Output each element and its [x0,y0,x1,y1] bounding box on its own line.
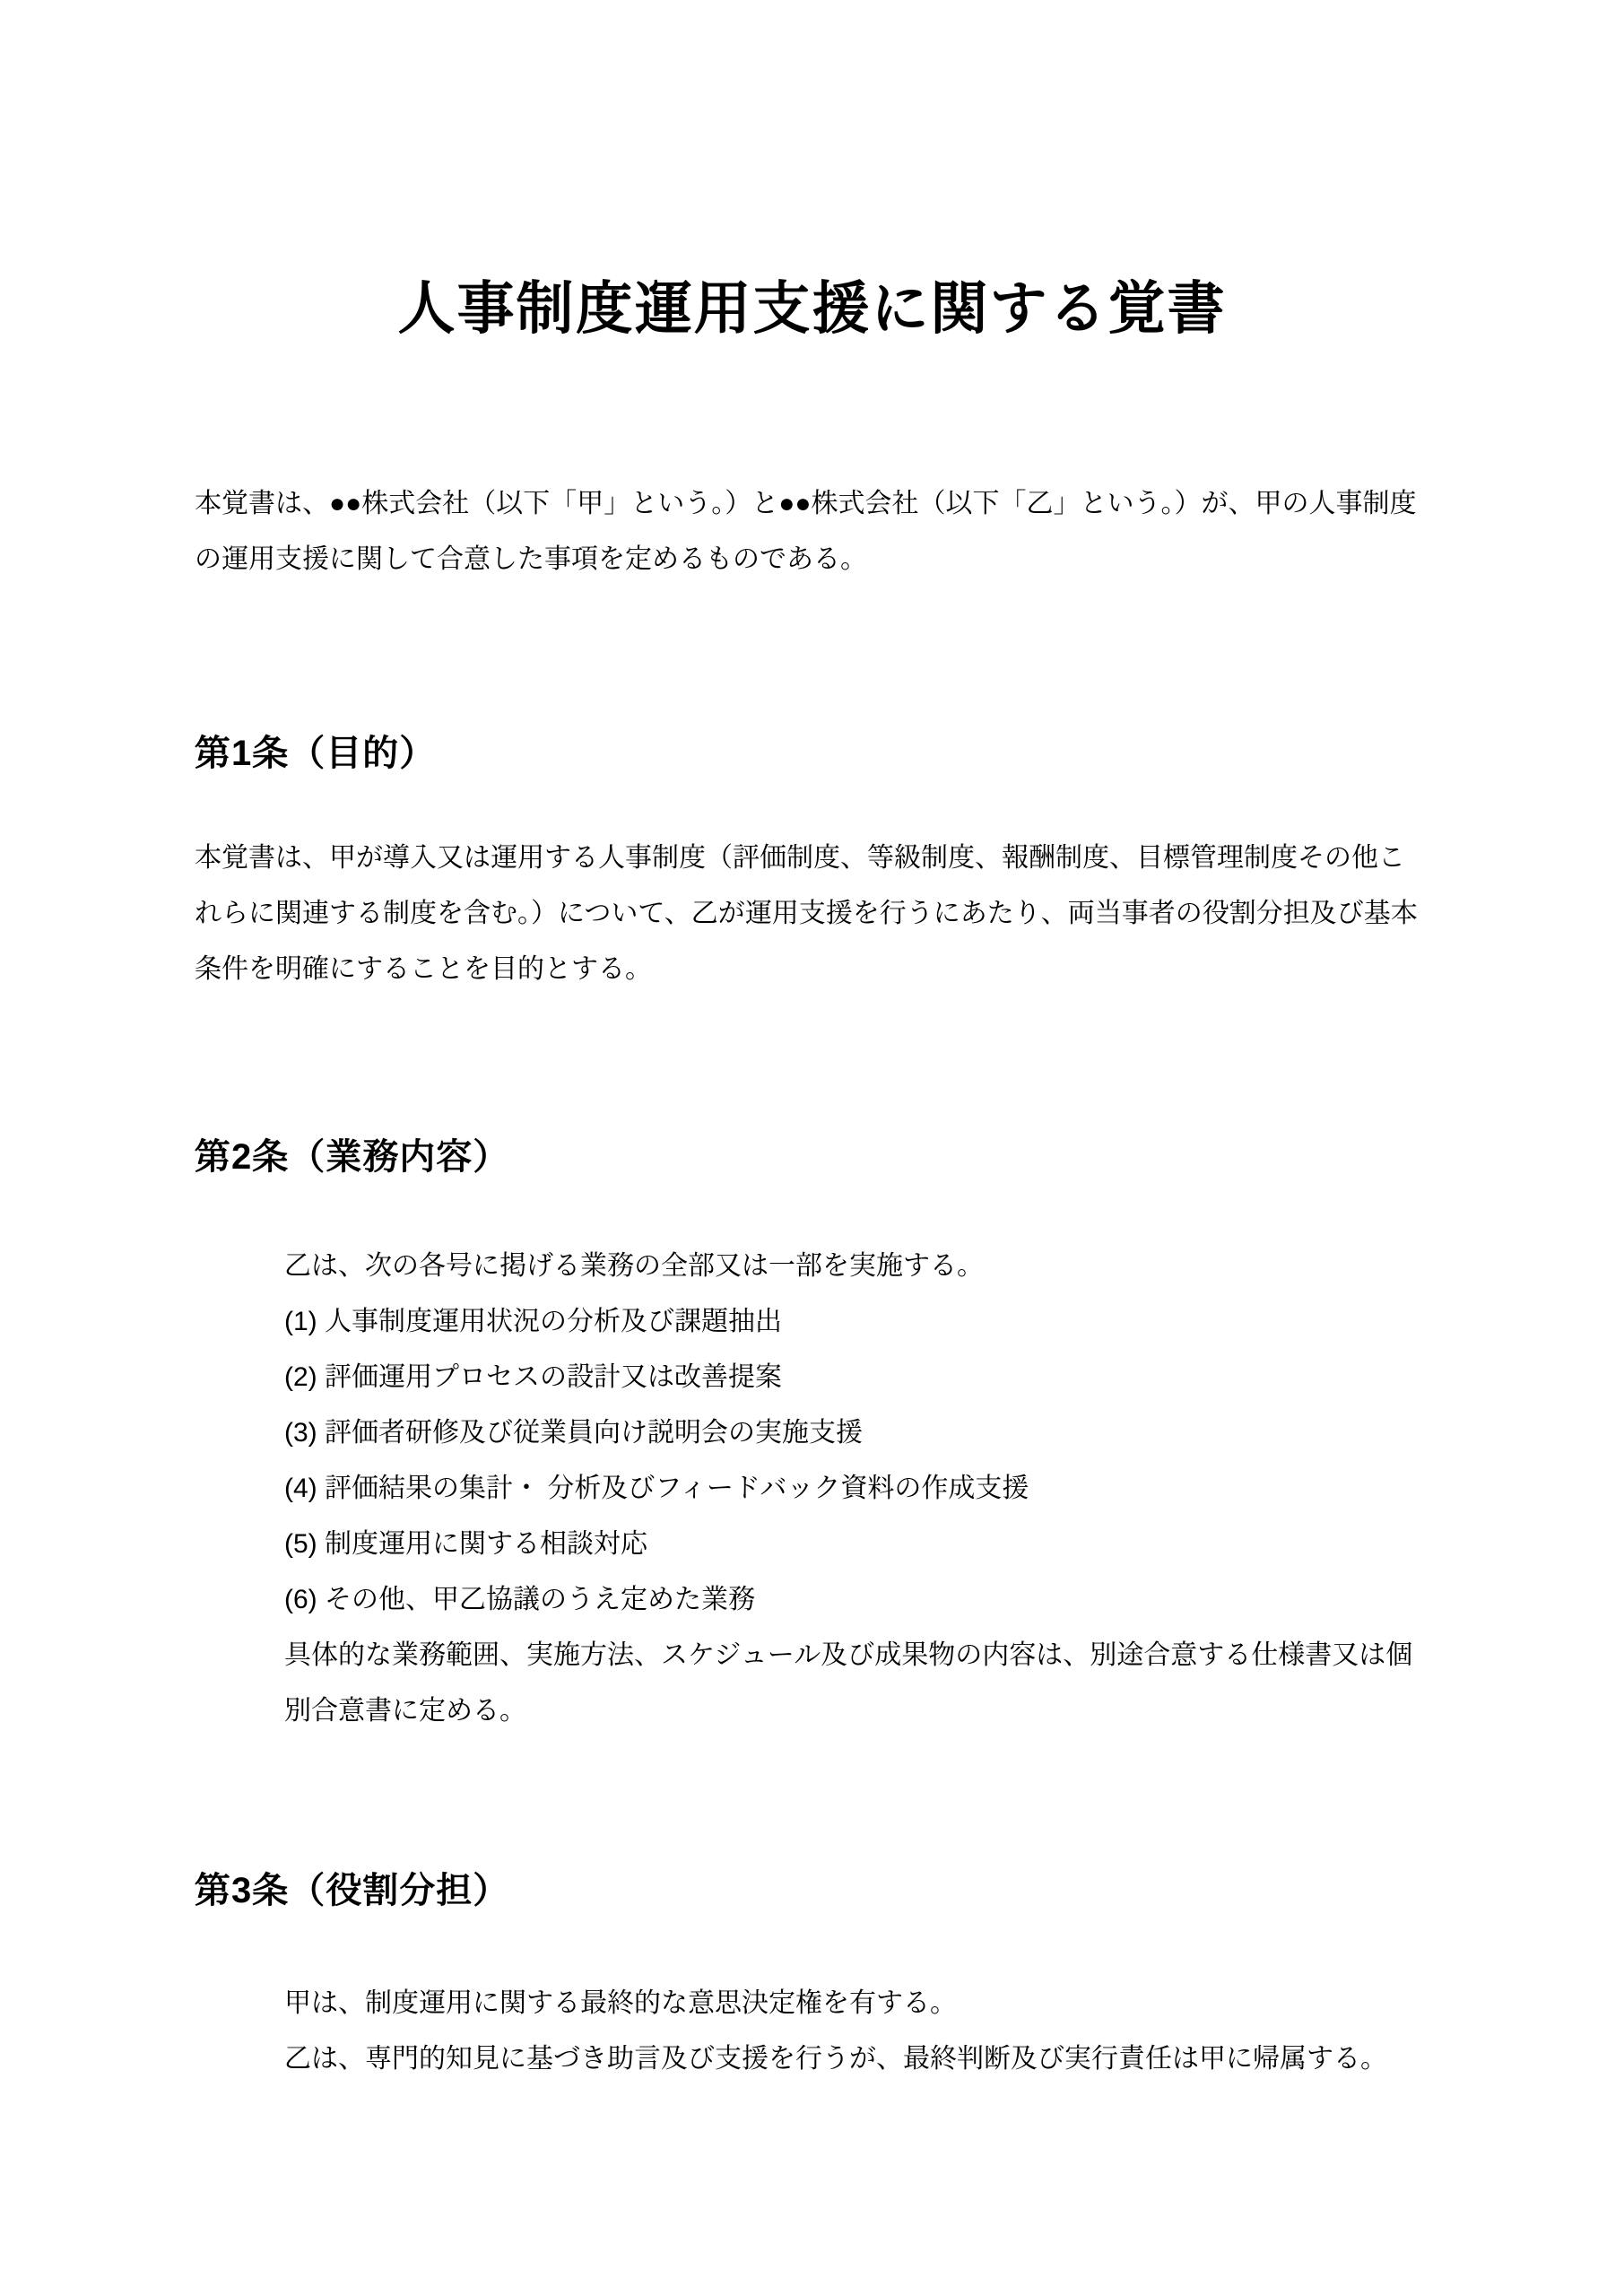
article-1-body: 本覚書は、甲が導入又は運用する人事制度（評価制度、等級制度、報酬制度、目標管理制… [195,831,1429,997]
article-2-item-5: (5) 制度運用に関する相談対応 [284,1517,1429,1572]
article-2-item-1: (1) 人事制度運用状況の分析及び課題抽出 [284,1294,1429,1350]
article-3-line-2: 乙は、専門的知見に基づき助言及び支援を行うが、最終判断及び実行責任は甲に帰属する… [284,2031,1429,2087]
article-2-item-4: (4) 評価結果の集計・ 分析及びフィードバック資料の作成支援 [284,1461,1429,1517]
article-2-item-3: (3) 評価者研修及び従業員向け説明会の実施支援 [284,1405,1429,1461]
article-2-heading: 第2条（業務内容） [195,1135,1429,1178]
document-title: 人事制度運用支援に関する覚書 [195,274,1429,344]
article-3-body: 甲は、制度運用に関する最終的な意思決定権を有する。 乙は、専門的知見に基づき助言… [195,1976,1429,2087]
article-2-body: 乙は、次の各号に掲げる業務の全部又は一部を実施する。 (1) 人事制度運用状況の… [195,1239,1429,1739]
intro-paragraph: 本覚書は、●●株式会社（以下「甲」という。）と●●株式会社（以下「乙」という。）… [195,476,1429,587]
article-3-heading: 第3条（役割分担） [195,1869,1429,1912]
article-2-intro-line: 乙は、次の各号に掲げる業務の全部又は一部を実施する。 [284,1239,1429,1294]
article-2-item-2: (2) 評価運用プロセスの設計又は改善提案 [284,1350,1429,1405]
article-1-heading: 第1条（目的） [195,732,1429,775]
article-2-item-6: (6) その他、甲乙協議のうえ定めた業務 [284,1572,1429,1628]
article-2-closing-line: 具体的な業務範囲、実施方法、スケジュール及び成果物の内容は、別途合意する仕様書又… [284,1628,1429,1739]
document-page: 人事制度運用支援に関する覚書 本覚書は、●●株式会社（以下「甲」という。）と●●… [0,0,1624,2296]
article-3-line-1: 甲は、制度運用に関する最終的な意思決定権を有する。 [284,1976,1429,2031]
